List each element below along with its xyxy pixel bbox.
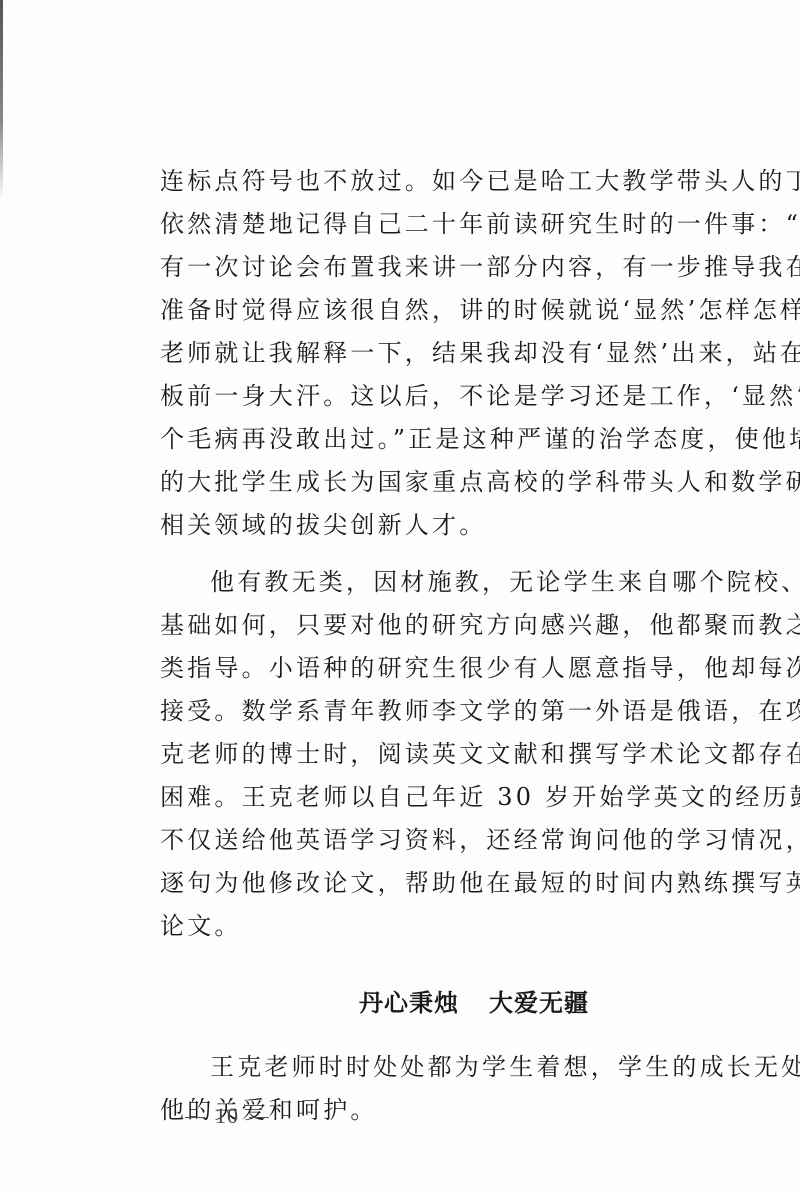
dash-decoration xyxy=(249,1117,269,1118)
text-line: 连标点符号也不放过。如今已是哈工大教学带头人的丁效华 xyxy=(160,160,788,203)
text-line: 困难。王克老师以自己年近 30 岁开始学英文的经历鼓励他， xyxy=(160,776,788,819)
text-line: 论文。 xyxy=(160,905,788,948)
text-line: 个毛病再没敢出过。”正是这种严谨的治学态度，使他培养 xyxy=(160,418,788,461)
text-line: 类指导。小语种的研究生很少有人愿意指导，他却每次欣然 xyxy=(160,647,788,690)
section-heading: 丹心秉烛大爱无疆 xyxy=(160,960,788,1046)
page-number: 10 xyxy=(175,1103,279,1129)
text-line: 的大批学生成长为国家重点高校的学科带头人和数学研究等 xyxy=(160,461,788,504)
scan-page-edge xyxy=(0,0,3,200)
text-line: 克老师的博士时，阅读英文文献和撰写学术论文都存在很大 xyxy=(160,733,788,776)
text-line: 逐句为他修改论文，帮助他在最短的时间内熟练撰写英语 xyxy=(160,862,788,905)
document-body: 连标点符号也不放过。如今已是哈工大教学带头人的丁效华 依然清楚地记得自己二十年前… xyxy=(160,160,788,1132)
text-line: 基础如何，只要对他的研究方向感兴趣，他都聚而教之，分 xyxy=(160,604,788,647)
text-line: 准备时觉得应该很自然，讲的时候就说‘显然’怎样怎样， xyxy=(160,289,788,332)
paragraph-2: 他有教无类，因材施教，无论学生来自哪个院校、无论 基础如何，只要对他的研究方向感… xyxy=(160,561,788,948)
dash-decoration xyxy=(185,1117,205,1118)
text-line: 王克老师时时处处都为学生着想，学生的成长无处不见 xyxy=(160,1046,788,1089)
text-line: 他有教无类，因材施教，无论学生来自哪个院校、无论 xyxy=(160,561,788,604)
section-heading-part-1: 丹心秉烛 xyxy=(359,989,459,1017)
text-line: 有一次讨论会布置我来讲一部分内容，有一步推导我在提前 xyxy=(160,246,788,289)
text-line: 老师就让我解释一下，结果我却没有‘显然’出来，站在黑 xyxy=(160,332,788,375)
section-heading-part-2: 大爱无疆 xyxy=(489,989,589,1017)
paragraph-1: 连标点符号也不放过。如今已是哈工大教学带头人的丁效华 依然清楚地记得自己二十年前… xyxy=(160,160,788,547)
text-line: 接受。数学系青年教师李文学的第一外语是俄语，在攻读王 xyxy=(160,690,788,733)
page-number-value: 10 xyxy=(215,1103,239,1128)
text-line: 依然清楚地记得自己二十年前读研究生时的一件事：“记得 xyxy=(160,203,788,246)
text-line: 不仅送给他英语学习资料，还经常询问他的学习情况，逐字 xyxy=(160,819,788,862)
text-line: 板前一身大汗。这以后，不论是学习还是工作，‘显然’这 xyxy=(160,375,788,418)
text-line: 相关领域的拔尖创新人才。 xyxy=(160,504,788,547)
